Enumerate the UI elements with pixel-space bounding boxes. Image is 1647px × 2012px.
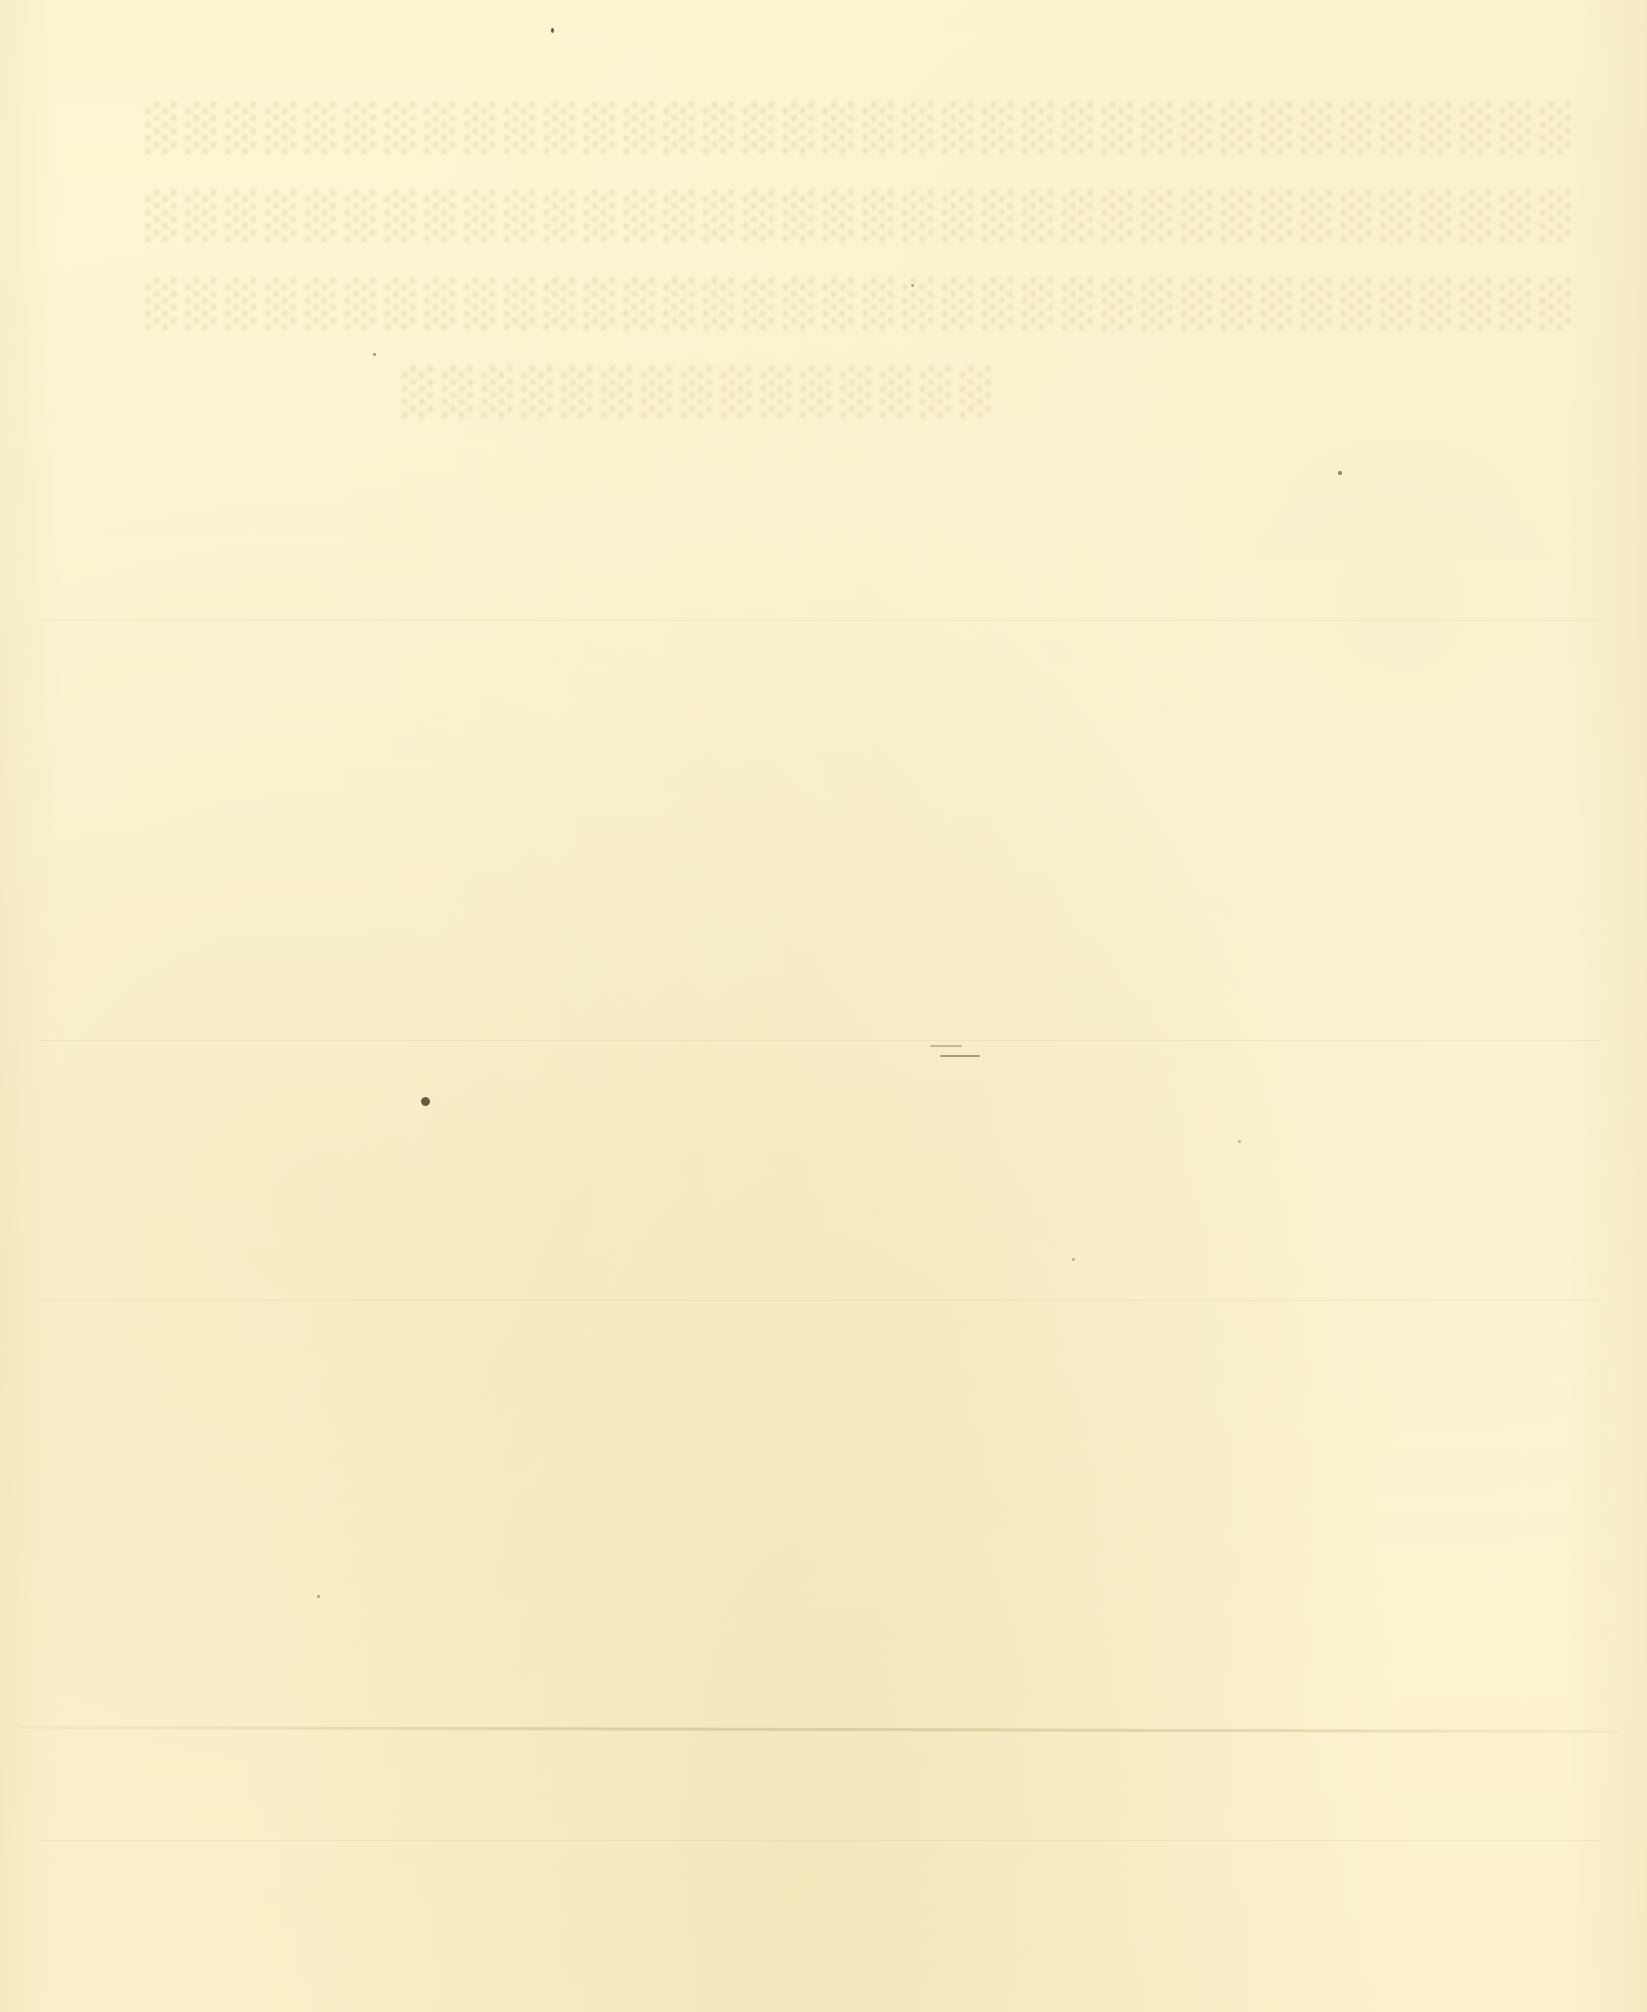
paper-speck [1238, 1140, 1241, 1143]
bleed-through-line: ░░░░░░░░░░░░░░░░░░░░░░░░░░░░░░░░░░░░ [90, 85, 1570, 173]
paper-speck [421, 1097, 430, 1106]
paper-crease [20, 1726, 1620, 1733]
bleed-through-line: ░░░░░░░░░░░░░░░ [90, 349, 1570, 437]
bleed-through-line: ░░░░░░░░░░░░░░░░░░░░░░░░░░░░░░░░░░░░ [90, 261, 1570, 349]
bleed-through-text: ░░░░░░░░░░░░░░░░░░░░░░░░░░░░░░░░░░░░ ░░░… [90, 85, 1570, 437]
paper-page: ░░░░░░░░░░░░░░░░░░░░░░░░░░░░░░░░░░░░ ░░░… [0, 0, 1647, 2012]
bleed-through-line: ░░░░░░░░░░░░░░░░░░░░░░░░░░░░░░░░░░░░ [90, 173, 1570, 261]
faint-paper-line [40, 1040, 1600, 1041]
page-left-shadow [0, 0, 60, 2012]
faint-paper-line [40, 620, 1600, 621]
paper-mark [930, 1045, 962, 1047]
faint-paper-line [40, 1840, 1600, 1841]
paper-speck [1338, 471, 1342, 475]
paper-speck [373, 353, 376, 356]
paper-mark [940, 1055, 980, 1057]
faint-paper-line [40, 1300, 1600, 1301]
paper-speck [911, 284, 914, 287]
page-right-shadow [1567, 0, 1647, 2012]
paper-speck [551, 28, 554, 33]
paper-speck [1072, 1258, 1075, 1261]
paper-speck [317, 1595, 320, 1598]
